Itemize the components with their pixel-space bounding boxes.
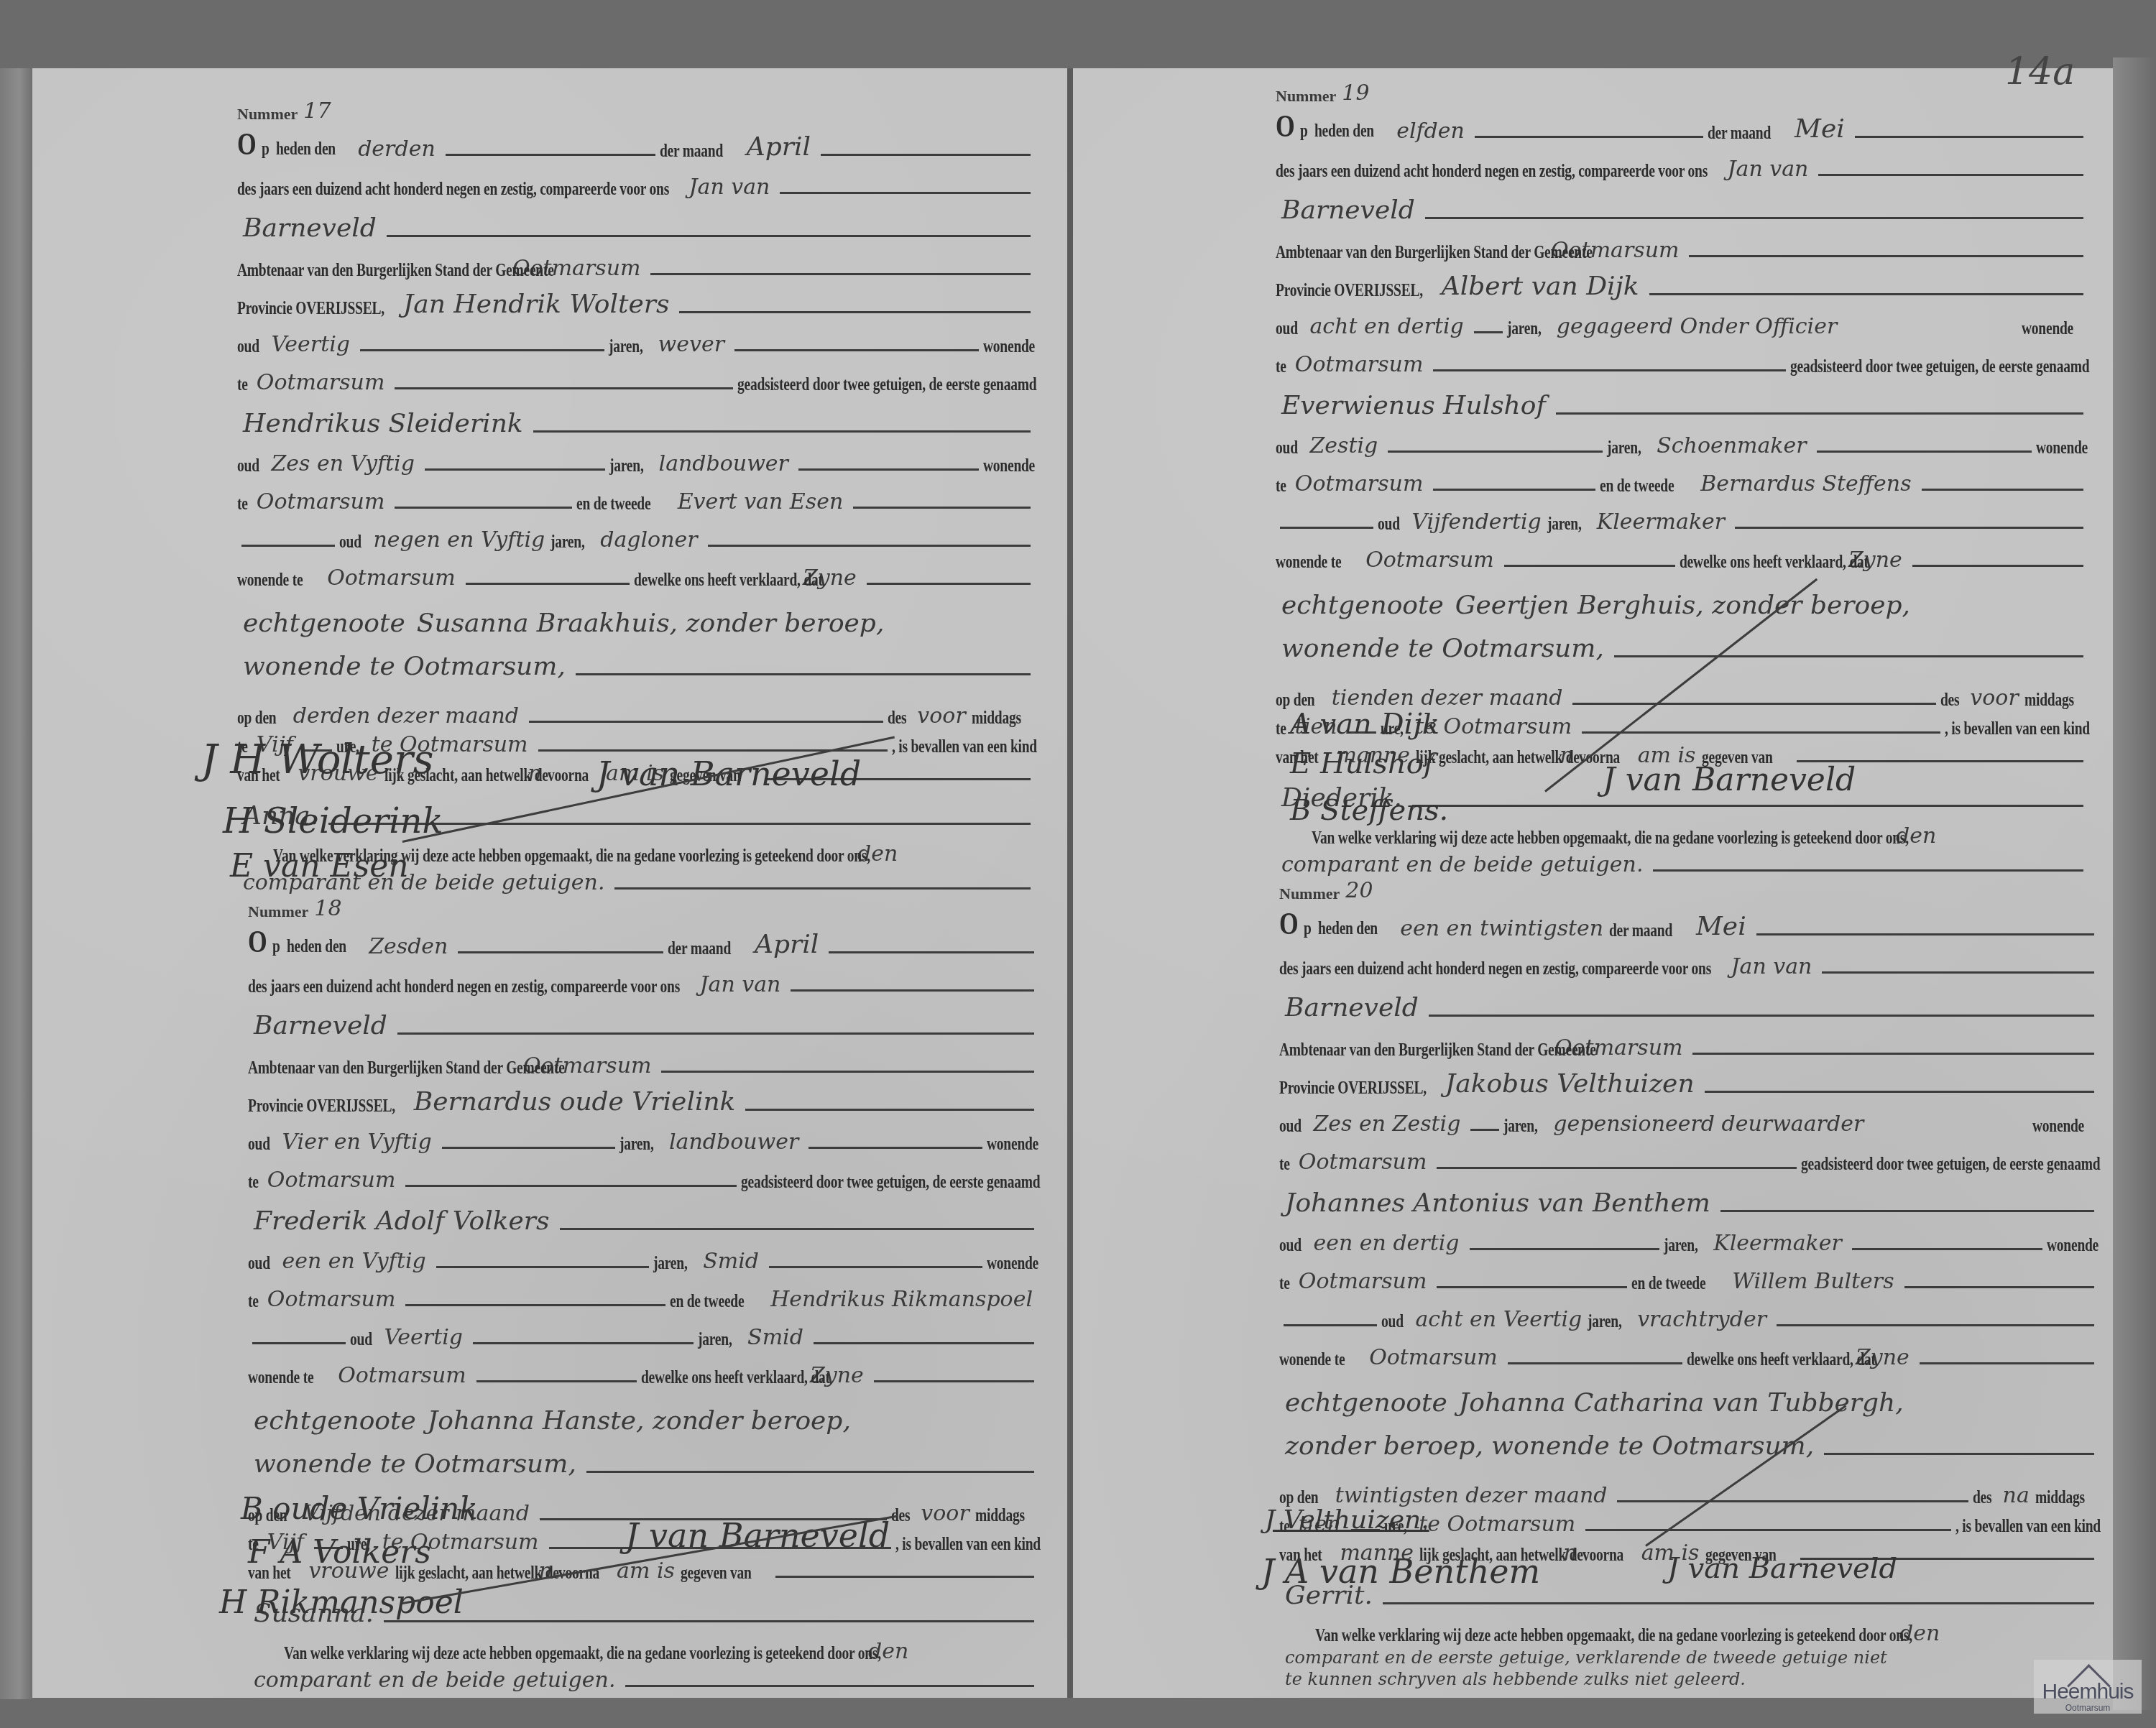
record-number-label: Nummer	[248, 904, 308, 920]
witness1-occupation: Smid	[697, 1251, 765, 1272]
signature-declarant: J H Wolters	[201, 736, 433, 783]
witness1-occupation: landbouwer	[653, 453, 794, 475]
declarant-age: Vier en Vyftig	[276, 1132, 437, 1153]
book-edge-right	[2113, 57, 2156, 1710]
record-day: elfden	[1391, 121, 1470, 142]
signature-declarant: B oude Vrielink	[241, 1491, 478, 1526]
op-heden-den: Op heden den	[237, 129, 352, 160]
echtgenoote-label: echtgenoote	[237, 611, 411, 637]
registrar-first: Jan van	[694, 974, 787, 996]
birth-day: derden dezer maand	[287, 706, 525, 727]
record-month: April	[749, 932, 824, 958]
signature-witness1: H Sleiderink	[223, 801, 443, 841]
signature-witness2: E van Esen	[230, 848, 409, 884]
watermark-name: Heemhuis	[2034, 1680, 2142, 1704]
witness1-occupation: Kleermaker	[1708, 1233, 1847, 1255]
witness1-residence: Ootmarsum	[262, 1289, 402, 1311]
registrar-last: Barneveld	[237, 216, 382, 241]
signature-witness2: H Rikmanspoel	[219, 1584, 464, 1621]
birth-record-18: Nummer18 Op heden denZesdender maandApri…	[248, 898, 1038, 1691]
witness2-occupation: vrachtryder	[1631, 1309, 1772, 1331]
declarant-name: Jakobus Velthuizen	[1439, 1071, 1700, 1097]
witness2-occupation: Smid	[742, 1327, 809, 1349]
witness1-residence: Ootmarsum	[1293, 1271, 1433, 1293]
witness1-age: een en dertig	[1307, 1233, 1465, 1255]
signature-registrar: J van Barneveld	[596, 754, 861, 793]
witness2-occupation: dagloner	[594, 530, 703, 551]
am-pm: na	[1997, 1485, 2035, 1507]
am-pm: voor	[915, 1503, 975, 1525]
witness1-residence: Ootmarsum	[1289, 473, 1429, 495]
spouse-residence: zonder beroep, wonende te Ootmarsum,	[1279, 1433, 1820, 1459]
witness1-name: Frederik Adolf Volkers	[248, 1209, 556, 1234]
registrar-last: Barneveld	[1279, 995, 1424, 1021]
declarant-name: Albert van Dijk	[1436, 274, 1645, 300]
record-number-label: Nummer	[1279, 886, 1340, 902]
spouse-residence: wonende te Ootmarsum,	[248, 1451, 582, 1477]
witness2-age: negen en Vyftig	[367, 530, 550, 551]
spouse-line: Johanna Hanste, zonder beroep,	[422, 1408, 857, 1434]
declarant-name: Bernardus oude Vrielink	[408, 1089, 742, 1115]
witness2-name: Bernardus Steffens	[1695, 473, 1917, 495]
op-heden-den: Op heden den	[1276, 111, 1391, 142]
spouse-line: Geertjen Berghuis, zonder beroep,	[1450, 593, 1916, 619]
registrar-first: Jan van	[683, 177, 776, 198]
spouse-line: Susanna Braakhuis, zonder beroep,	[411, 611, 890, 637]
spouse-residence: wonende te Ootmarsum,	[237, 654, 571, 680]
signature-witness1: F A Volkers	[248, 1534, 431, 1571]
spouse-residence: wonende te Ootmarsum,	[1276, 636, 1610, 662]
closing-handwritten: comparant en de beide getuigen.	[248, 1670, 621, 1691]
am-pm: voor	[1964, 688, 2024, 709]
declarant-occupation: landbouwer	[663, 1132, 804, 1153]
birth-place: te Ootmarsum	[1413, 1514, 1581, 1535]
signature-registrar: J van Barneveld	[625, 1516, 890, 1555]
registrar-last: Barneveld	[248, 1013, 393, 1039]
spouse-line: Johanna Catharina van Tubbergh,	[1453, 1390, 1909, 1416]
witness2-residence: Ootmarsum	[332, 1365, 472, 1387]
record-day: Zesden	[363, 936, 453, 958]
witness2-age: Vijfendertig	[1406, 512, 1547, 533]
witness2-age: Veertig	[378, 1327, 469, 1349]
witness1-residence: Ootmarsum	[251, 491, 391, 513]
closing-handwritten-2: te kunnen schryven als hebbende zulks ni…	[1279, 1671, 1751, 1688]
declarant-residence: Ootmarsum	[262, 1170, 402, 1191]
declarant-age: acht en dertig	[1304, 316, 1469, 338]
year-line: des jaars een duizend acht honderd negen…	[237, 180, 669, 198]
record-month: Mei	[1789, 116, 1851, 142]
signature-witness1: J A van Benthem	[1261, 1552, 1540, 1591]
declarant-age: Veertig	[265, 334, 356, 356]
witness2-age: acht en Veertig	[1409, 1309, 1588, 1331]
book-edge-left	[0, 68, 32, 1699]
declarant-residence: Ootmarsum	[1293, 1152, 1433, 1173]
record-number: 20	[1340, 880, 1378, 902]
signature-declarant: A van Dijk	[1290, 708, 1439, 741]
witness2-name: Hendrikus Rikmanspoel	[765, 1289, 1038, 1311]
registrar-last: Barneveld	[1276, 198, 1421, 223]
witness2-residence: Ootmarsum	[321, 568, 461, 589]
witness1-age: Zestig	[1304, 435, 1383, 457]
op-heden-den: Op heden den	[1279, 908, 1394, 940]
signature-witness2: B Steffens.	[1290, 794, 1448, 827]
witness1-age: een en Vyftig	[276, 1251, 431, 1272]
declarant-occupation: gegageerd Onder Officier	[1551, 316, 1843, 338]
witness1-name: Everwienus Hulshof	[1276, 393, 1552, 419]
book-gutter	[1067, 68, 1073, 1698]
record-number: 17	[298, 101, 336, 122]
signature-witness1: E Hulshof	[1290, 747, 1434, 780]
witness1-age: Zes en Vyftig	[265, 453, 420, 475]
witness2-occupation: Kleermaker	[1591, 512, 1731, 533]
record-number: 18	[308, 898, 347, 920]
signature-declarant: J Velthuizen.	[1265, 1505, 1429, 1535]
declarant-name: Jan Hendrik Wolters	[397, 292, 676, 318]
witness2-residence: Ootmarsum	[1363, 1347, 1503, 1369]
provincie-label: Provincie OVERIJSSEL,	[237, 300, 384, 318]
signature-registrar: J van Barneveld	[1667, 1552, 1897, 1585]
declarant-occupation: wever	[653, 334, 730, 356]
op-heden-den: Op heden den	[248, 926, 363, 958]
der-maand-label: der maand	[660, 142, 723, 160]
registrar-first: Jan van	[1722, 159, 1815, 180]
record-month: Mei	[1690, 914, 1752, 940]
witness2-name: Willem Bulters	[1726, 1271, 1899, 1293]
declarant-residence: Ootmarsum	[251, 372, 391, 394]
witness1-name: Hendrikus Sleiderink	[237, 411, 529, 437]
closing-handwritten: comparant en de beide getuigen.	[1276, 854, 1649, 876]
declarant-age: Zes en Zestig	[1307, 1114, 1466, 1135]
record-day: een en twintigsten	[1394, 918, 1609, 940]
heemhuis-watermark: Heemhuis Ootmarsum	[2034, 1660, 2142, 1714]
signature-registrar: J van Barneveld	[1603, 762, 1856, 798]
closing-handwritten: comparant en de eerste getuige, verklare…	[1279, 1649, 1893, 1666]
record-number: 19	[1336, 83, 1375, 104]
birth-day: tienden dezer maand	[1326, 688, 1569, 709]
watermark-sub: Ootmarsum	[2034, 1703, 2142, 1713]
record-month: April	[741, 134, 816, 160]
declarant-occupation: gepensioneerd deurwaarder	[1547, 1114, 1869, 1135]
am-pm: voor	[911, 706, 971, 727]
witness-intro: geadsisteerd door twee getuigen, de eers…	[737, 376, 1036, 394]
witness1-name: Johannes Antonius van Benthem	[1279, 1191, 1716, 1216]
record-number-label: Nummer	[237, 106, 298, 122]
record-number-label: Nummer	[1276, 88, 1336, 104]
record-day: derden	[352, 139, 441, 160]
ambtenaar-label: Ambtenaar van den Burgerlijken Stand der…	[237, 262, 554, 279]
witness2-residence: Ootmarsum	[1360, 550, 1500, 571]
witness2-name: Evert van Esen	[672, 491, 849, 513]
registrar-first: Jan van	[1726, 956, 1818, 978]
declarant-residence: Ootmarsum	[1289, 354, 1429, 376]
birth-day: twintigsten dezer maand	[1330, 1485, 1613, 1507]
witness1-occupation: Schoenmaker	[1651, 435, 1812, 457]
